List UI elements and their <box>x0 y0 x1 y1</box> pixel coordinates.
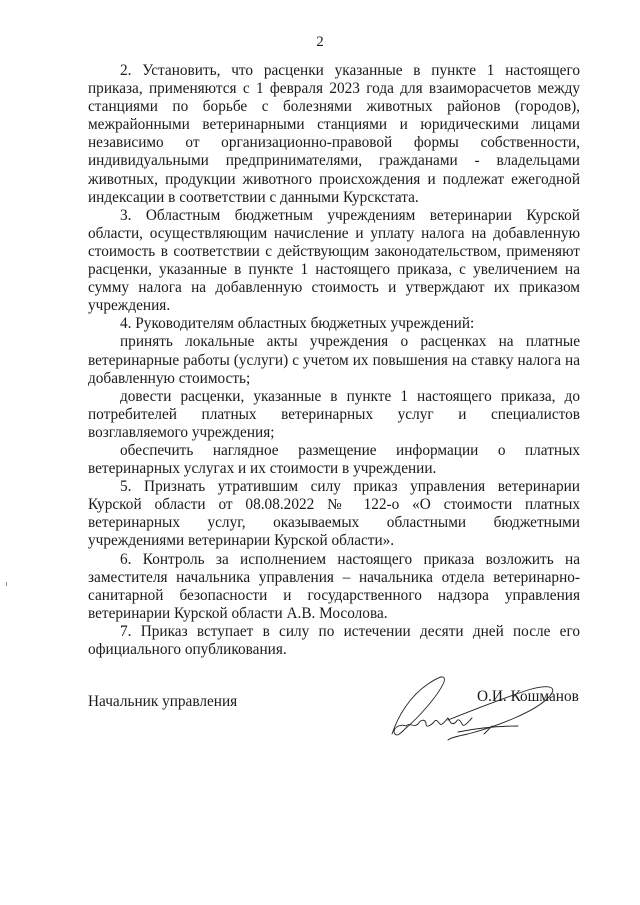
paragraph-7: 7. Приказ вступает в силу по истечении д… <box>88 623 580 659</box>
scan-artifact-mark <box>6 582 7 586</box>
signature-block: Начальник управления О.И. Кошманов <box>88 688 588 748</box>
document-body: 2. Установить, что расценки указанные в … <box>88 62 580 659</box>
paragraph-6: 6. Контроль за исполнением настоящего пр… <box>88 551 580 623</box>
paragraph-2: 2. Установить, что расценки указанные в … <box>88 62 580 207</box>
handwritten-signature-icon <box>388 666 568 746</box>
signatory-position: Начальник управления <box>88 693 237 711</box>
paragraph-4-item-3: обеспечить наглядное размещение информац… <box>88 442 580 478</box>
paragraph-5: 5. Признать утратившим силу приказ управ… <box>88 478 580 550</box>
page-number: 2 <box>0 33 640 51</box>
paragraph-4-item-1: принять локальные акты учреждения о расц… <box>88 333 580 387</box>
paragraph-3: 3. Областным бюджетным учреждениям ветер… <box>88 207 580 316</box>
signatory-name: О.И. Кошманов <box>477 688 579 706</box>
paragraph-4-item-2: довести расценки, указанные в пункте 1 н… <box>88 388 580 442</box>
paragraph-4: 4. Руководителям областных бюджетных учр… <box>88 315 580 333</box>
